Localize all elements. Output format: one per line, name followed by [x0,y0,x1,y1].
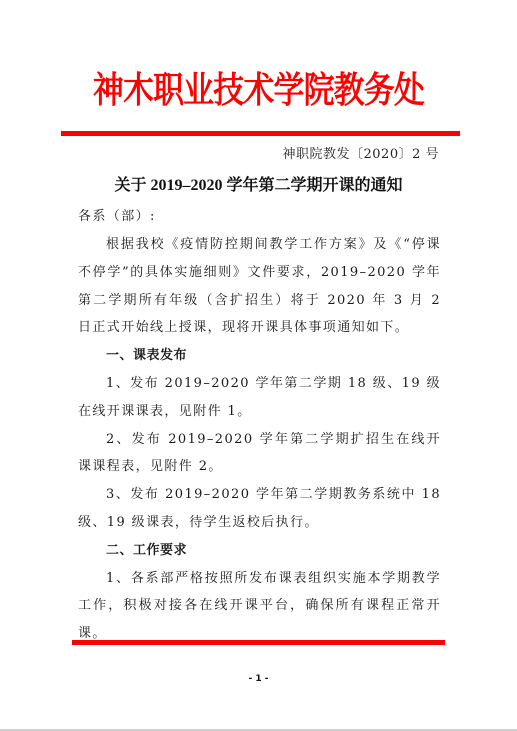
document-page: 神木职业技术学院教务处 神职院教发〔2020〕2 号 关于 2019–2020 … [0,0,517,731]
letterhead-divider-top [61,131,460,136]
intro-paragraph: 根据我校《疫情防控期间教学工作方案》及《“停课不停学”的具体实施细则》文件要求，… [78,231,441,342]
section-heading-schedule-release: 一、课表发布 [78,342,441,370]
schedule-item-3: 3、发布 2019–2020 学年第二学期教务系统中 18 级、19 级课表，待… [78,481,441,537]
schedule-item-1: 1、发布 2019–2020 学年第二学期 18 级、19 级在线开课课表，见附… [78,370,441,426]
schedule-item-2: 2、发布 2019–2020 学年第二学期扩招生在线开课课程表，见附件 2。 [78,426,441,482]
organization-letterhead: 神木职业技术学院教务处 [36,66,481,114]
document-body: 根据我校《疫情防控期间教学工作方案》及《“停课不停学”的具体实施细则》文件要求，… [78,231,441,648]
document-divider-bottom [72,640,445,645]
page-number: - 1 - [0,674,517,684]
salutation: 各系（部）: [78,203,441,231]
document-number: 神职院教发〔2020〕2 号 [283,145,440,165]
document-title: 关于 2019–2020 学年第二学期开课的通知 [0,175,517,197]
requirement-item-1: 1、各系部严格按照所发布课表组织实施本学期教学工作，积极对接各在线开课平台，确保… [78,565,441,648]
section-heading-work-requirements: 二、工作要求 [78,537,441,565]
